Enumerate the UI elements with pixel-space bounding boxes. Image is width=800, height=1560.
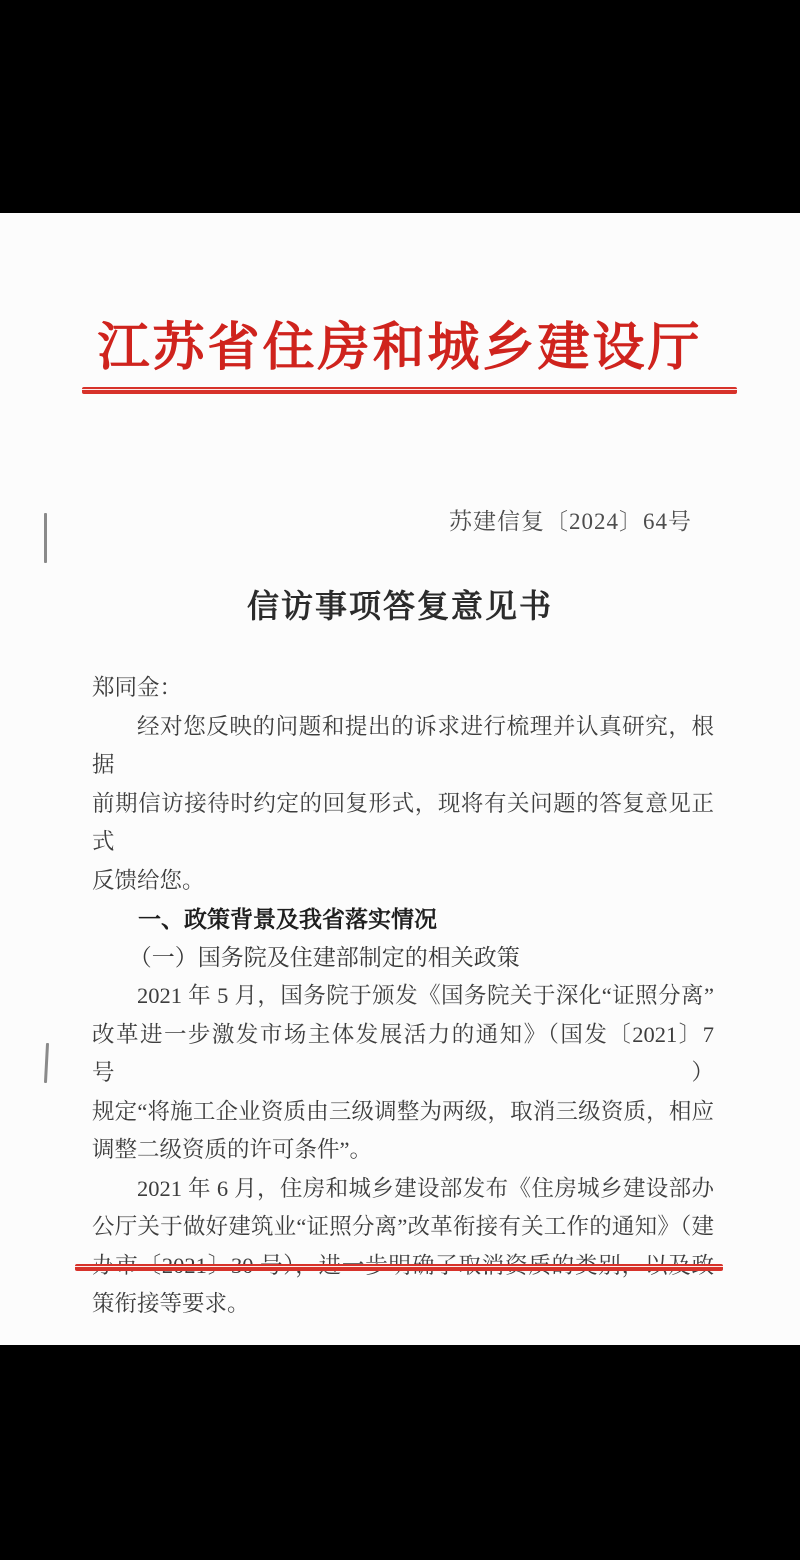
paragraph-line: 规定“将施工企业资质由三级调整为两级，取消三级资质，相应: [92, 1093, 714, 1132]
document-page: 江苏省住房和城乡建设厅 苏建信复〔2024〕64号 信访事项答复意见书 郑同金：…: [0, 213, 800, 1345]
section-heading: 一、政策背景及我省落实情况: [92, 900, 714, 939]
scan-artifact-mark: [44, 1043, 49, 1083]
paragraph-line: 2021 年 5 月，国务院于颁发《国务院关于深化“证照分离”: [92, 977, 714, 1016]
paragraph-line: 前期信访接待时约定的回复形式，现将有关问题的答复意见正式: [92, 785, 714, 862]
subsection-heading: （一）国务院及住建部制定的相关政策: [92, 939, 714, 978]
paragraph-line: 2021 年 6 月，住房和城乡建设部发布《住房城乡建设部办: [92, 1170, 714, 1209]
document-title: 信访事项答复意见书: [0, 581, 800, 627]
paragraph-line: 反馈给您。: [92, 862, 714, 901]
document-number: 苏建信复〔2024〕64号: [449, 503, 692, 536]
salutation-line: 郑同金：: [92, 669, 714, 708]
top-letterbox: [0, 0, 800, 213]
agency-header-title: 江苏省住房和城乡建设厅: [0, 305, 800, 380]
document-body: 郑同金： 经对您反映的问题和提出的诉求进行梳理并认真研究，根据 前期信访接待时约…: [92, 669, 714, 1324]
paragraph-line: 策衔接等要求。: [92, 1285, 714, 1324]
paragraph-line: 经对您反映的问题和提出的诉求进行梳理并认真研究，根据: [92, 708, 714, 785]
bottom-letterbox: [0, 1345, 800, 1560]
header-red-divider-line: [82, 387, 737, 394]
paragraph-line: 调整二级资质的许可条件”。: [92, 1131, 714, 1170]
paragraph-line: 公厅关于做好建筑业“证照分离”改革衔接有关工作的通知》（建: [92, 1208, 714, 1247]
scan-artifact-mark: [44, 513, 47, 563]
footer-red-divider-line: [75, 1264, 723, 1271]
paragraph-line: 改革进一步激发市场主体发展活力的通知》（国发〔2021〕7 号）: [92, 1016, 714, 1093]
